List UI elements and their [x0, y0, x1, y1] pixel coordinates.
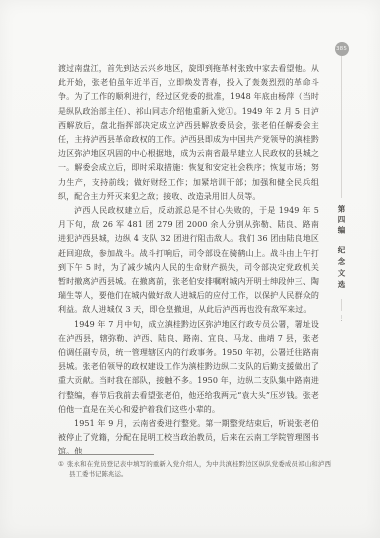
body-text-column: 渡过南盘江，首先到达云兴乡地区，旋即到拖革村张致中家去看望他。从此开始，张老伯虽…: [58, 62, 319, 460]
paragraph: 1949 年 7 月中旬，成立滇桂黔边区弥泸地区行政专员公署，署址设在泸西县，辖…: [58, 318, 319, 417]
book-page: 渡过南盘江，首先到达云兴乡地区，旋即到拖革村张致中家去看望他。从此开始，张老伯虽…: [0, 0, 380, 538]
section-label: 纪念文选: [336, 246, 347, 292]
paragraph-continuation: 渡过南盘江，首先到达云兴乡地区，旋即到拖革村张致中家去看望他。从此开始，张老伯虽…: [58, 62, 319, 204]
sidebar-rule-top: [341, 56, 342, 198]
sidebar-rule-bottom: [341, 299, 342, 311]
footnote-divider: [58, 454, 154, 455]
footnote: ①张永和在党员登记表中填写的重新入党介绍人，为中共滇桂黔边区纵队党委成员祁山和泸…: [58, 459, 331, 479]
paragraph: 泸西人民政权建立后，反动派总是不甘心失败的，于是 1949 年 5 月下旬，敌 …: [58, 204, 319, 318]
part-label: 第四编: [336, 205, 347, 237]
margin-sidebar: 385 第四编 纪念文选 ⋮: [334, 42, 349, 322]
sidebar-ornament-icon: ⋮: [339, 316, 345, 322]
footnote-marker: ①: [58, 460, 64, 468]
footnote-text: 张永和在党员登记表中填写的重新入党介绍人，为中共滇桂黔边区纵队党委成员祁山和泸西…: [67, 460, 331, 478]
page-number-badge: 385: [335, 42, 349, 56]
